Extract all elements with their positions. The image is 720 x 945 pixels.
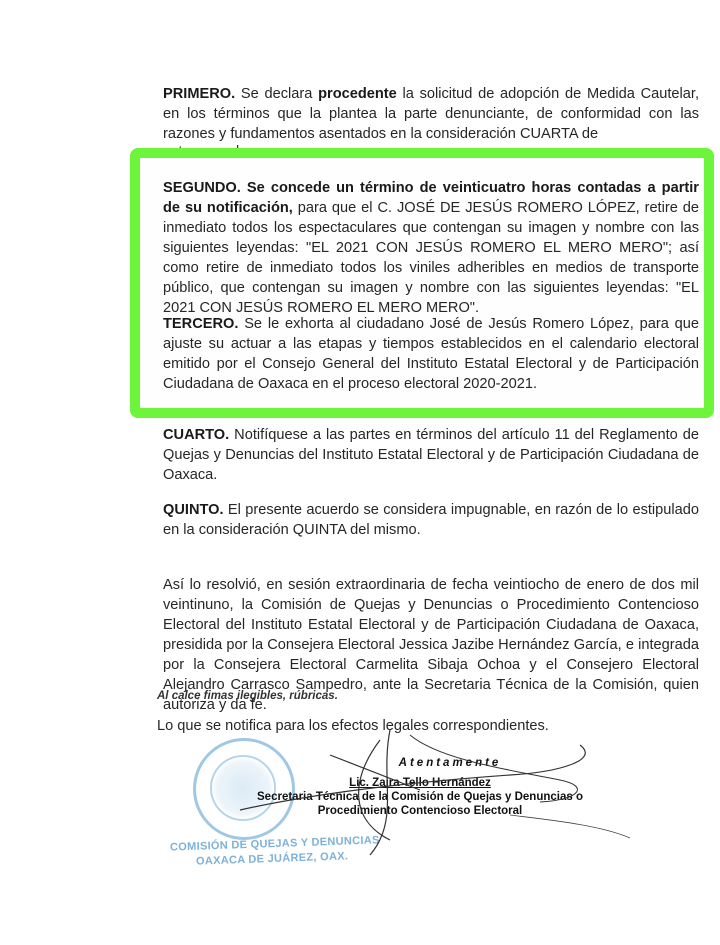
tercero-text: Se le exhorta al ciudadano José de Jesús…	[163, 316, 699, 392]
quinto-text: El presente acuerdo se considera impugna…	[163, 502, 699, 538]
paragraph-primero: PRIMERO. Se declara procedente la solici…	[163, 84, 699, 144]
signature-block: Atentamente Lic. Zaira Tello Hernández S…	[230, 756, 610, 818]
atentamente-label: Atentamente	[290, 756, 610, 770]
cuarto-label: CUARTO.	[163, 427, 229, 443]
tercero-label: TERCERO.	[163, 316, 238, 332]
paragraph-quinto: QUINTO. El presente acuerdo se considera…	[163, 500, 699, 540]
paragraph-tercero: TERCERO. Se le exhorta al ciudadano José…	[163, 314, 699, 394]
primero-bold: procedente	[318, 86, 397, 102]
primero-label: PRIMERO.	[163, 86, 235, 102]
cuarto-text: Notifíquese a las partes en términos del…	[163, 427, 699, 483]
signatures-note: Al calce fimas ilegibles, rúbricas.	[157, 690, 338, 702]
paragraph-segundo: SEGUNDO. Se concede un término de veinti…	[163, 178, 699, 318]
closing-line: Lo que se notifica para los efectos lega…	[157, 718, 549, 734]
stamp-line-1: COMISIÓN DE QUEJAS Y DENUNCIAS	[170, 834, 380, 853]
segundo-text: para que el C. JOSÉ DE JESÚS ROMERO LÓPE…	[163, 200, 699, 316]
signer-title-2: Procedimiento Contencioso Electoral	[230, 804, 610, 818]
paragraph-cuarto: CUARTO. Notifíquese a las partes en térm…	[163, 425, 699, 485]
signer-title-1: Secretaria Técnica de la Comisión de Que…	[230, 790, 610, 804]
stamp-line-2: OAXACA DE JUÁREZ, OAX.	[196, 850, 349, 867]
signer-name: Lic. Zaira Tello Hernández	[230, 776, 610, 790]
primero-text-1: Se declara	[235, 86, 318, 102]
quinto-label: QUINTO.	[163, 502, 224, 518]
